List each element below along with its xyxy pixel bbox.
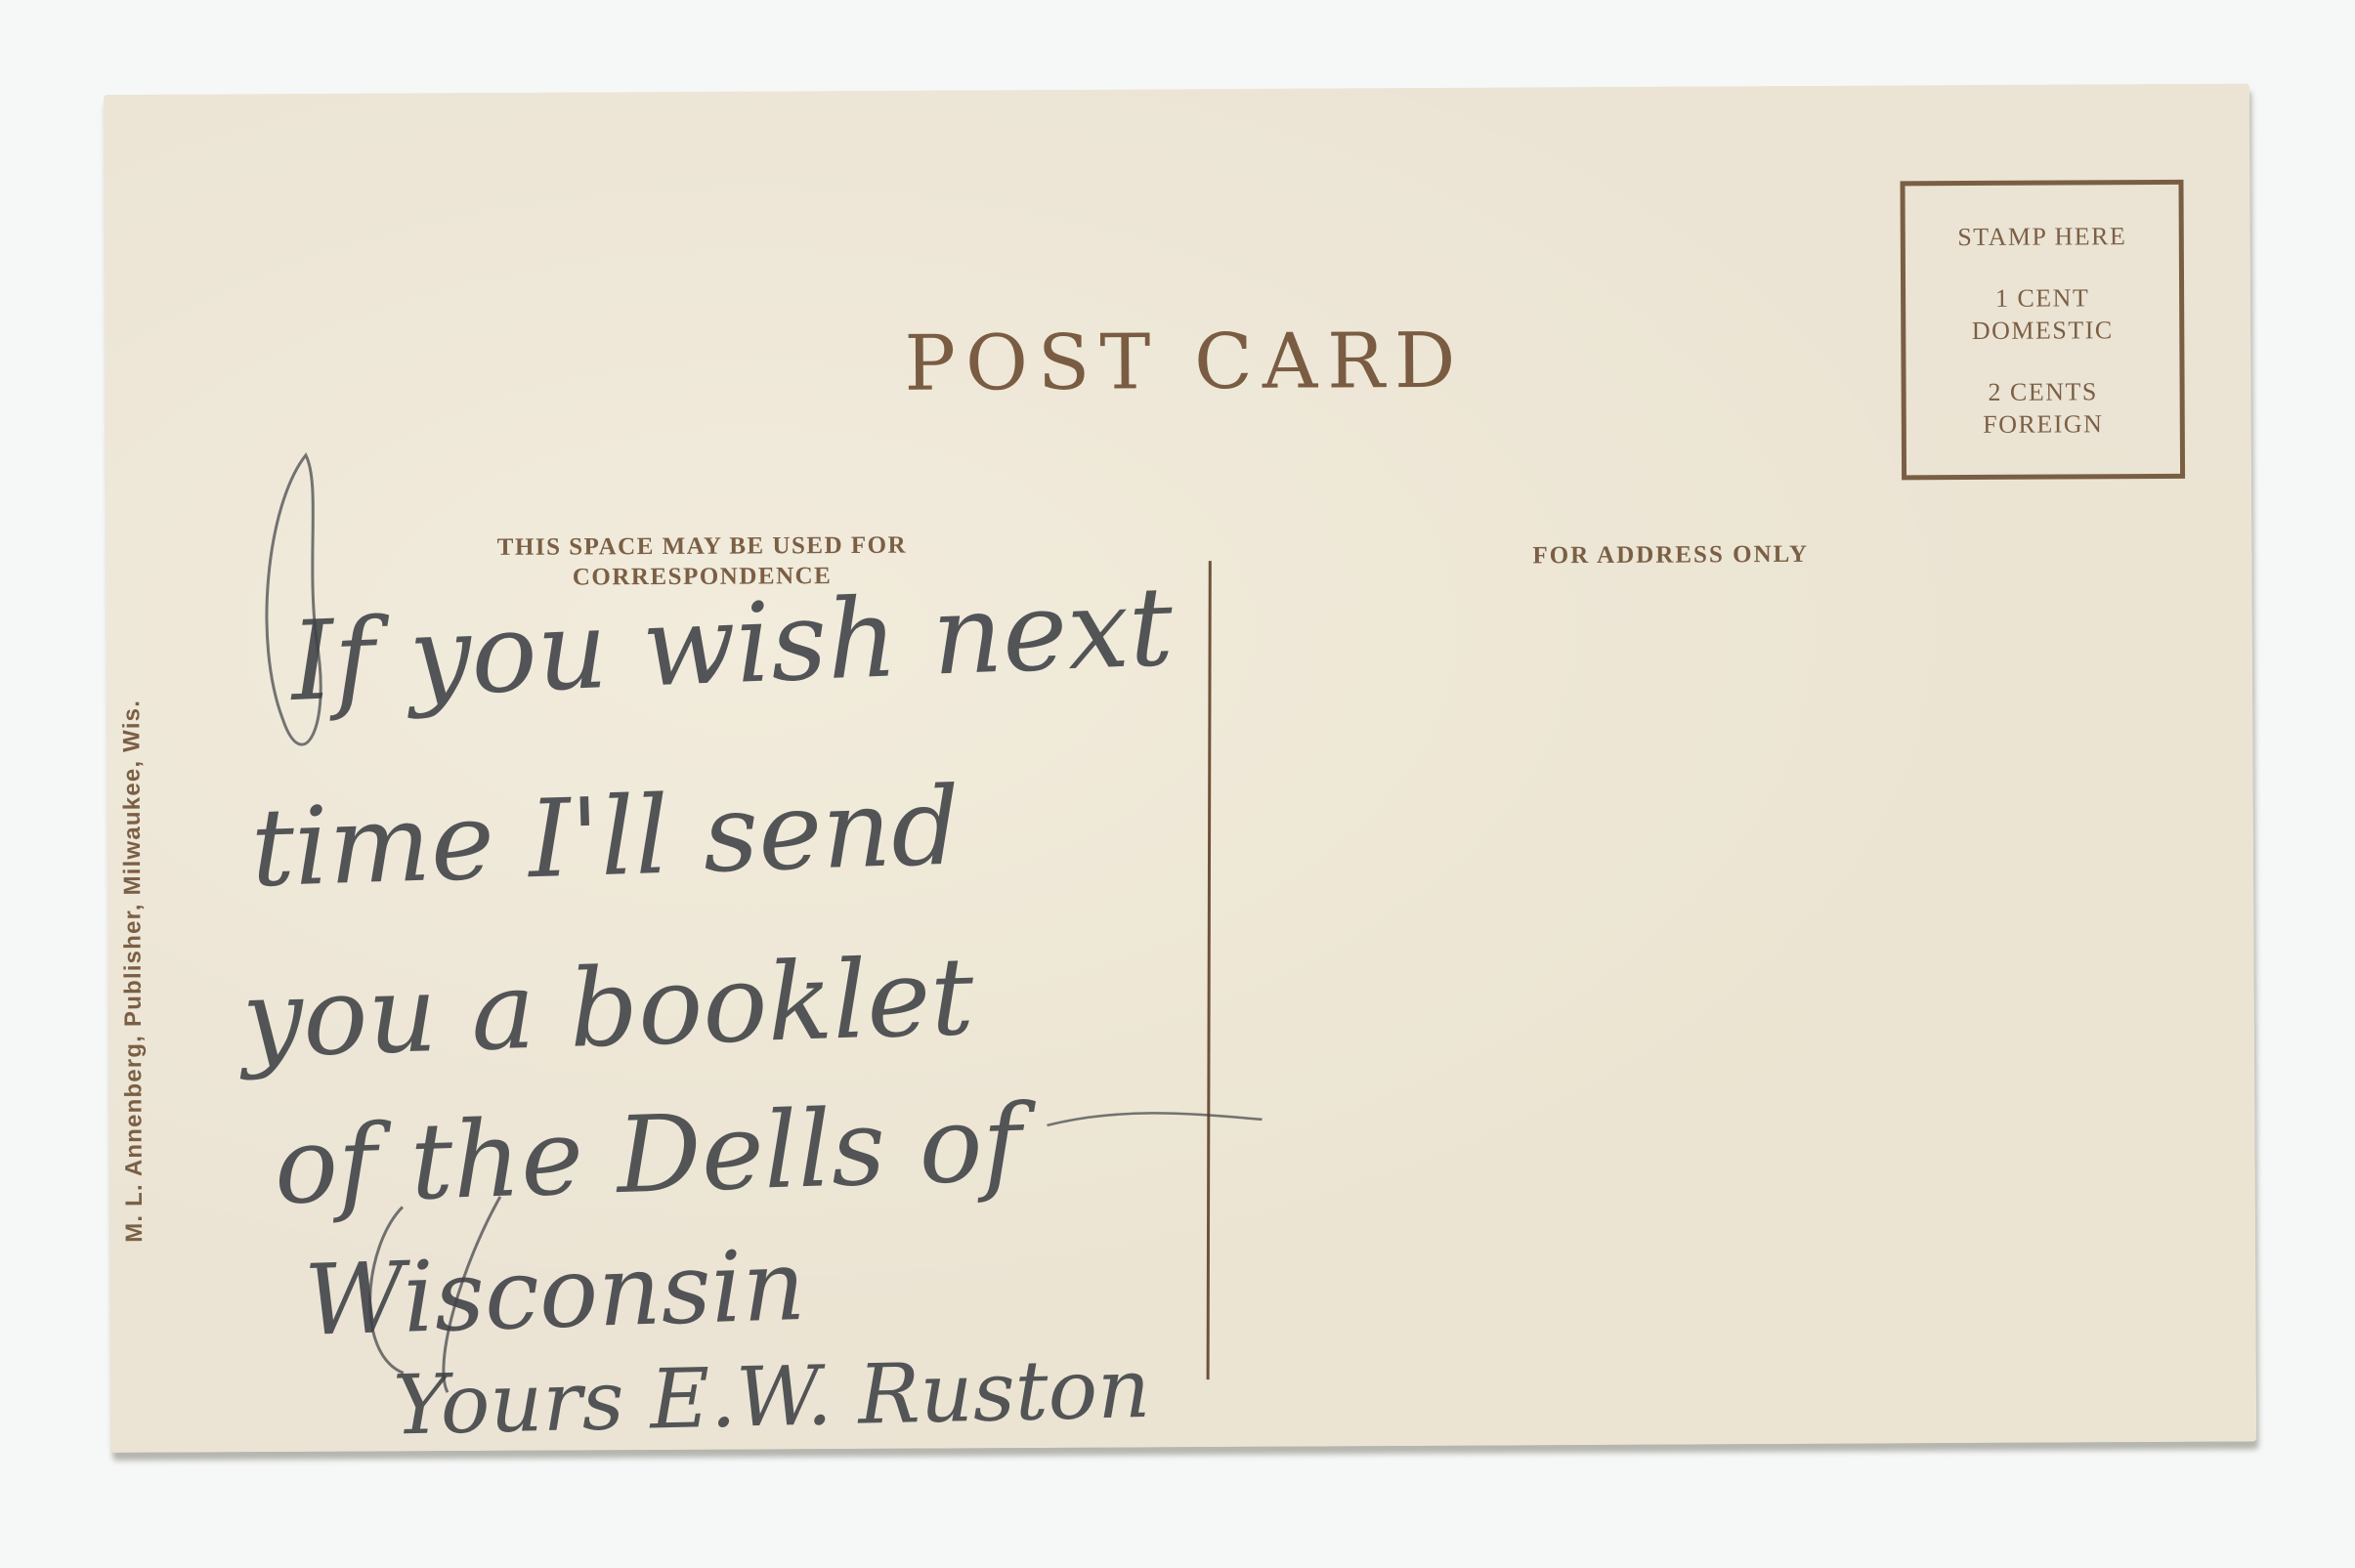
message-line-2: time I'll send bbox=[249, 763, 962, 911]
foreign-rate-label: FOREIGN bbox=[1906, 407, 2180, 441]
message-line-6-signature: Yours E.W. Ruston bbox=[392, 1340, 1151, 1453]
address-label: FOR ADDRESS ONLY bbox=[1532, 541, 1809, 570]
message-line-5: Wisconsin bbox=[303, 1228, 807, 1358]
center-divider-line bbox=[1207, 561, 1212, 1379]
stamp-box: STAMP HERE 1 CENT DOMESTIC 2 CENTS FOREI… bbox=[1900, 180, 2185, 481]
message-line-3: you a booklet bbox=[235, 934, 976, 1082]
domestic-rate-label: DOMESTIC bbox=[1905, 314, 2179, 347]
correspondence-label-line1: THIS SPACE MAY BE USED FOR bbox=[418, 530, 985, 563]
correspondence-label-line2: CORRESPONDENCE bbox=[419, 560, 986, 593]
message-line-4: of the Dells of bbox=[273, 1082, 1039, 1228]
domestic-rate: 1 CENT DOMESTIC bbox=[1905, 281, 2179, 347]
stamp-heading: STAMP HERE bbox=[1905, 220, 2179, 253]
pencil-flourish-icon bbox=[266, 450, 1263, 1393]
publisher-imprint: M. L. Annenberg, Publisher, Milwaukee, W… bbox=[118, 699, 149, 1243]
postcard-title: POST CARD bbox=[904, 318, 1465, 408]
foreign-rate-value: 2 CENTS bbox=[1906, 375, 2180, 408]
postcard-back: POST CARD STAMP HERE 1 CENT DOMESTIC 2 C… bbox=[104, 84, 2256, 1453]
foreign-rate: 2 CENTS FOREIGN bbox=[1906, 375, 2180, 441]
correspondence-label: THIS SPACE MAY BE USED FOR CORRESPONDENC… bbox=[418, 530, 985, 593]
domestic-rate-value: 1 CENT bbox=[1905, 281, 2179, 315]
